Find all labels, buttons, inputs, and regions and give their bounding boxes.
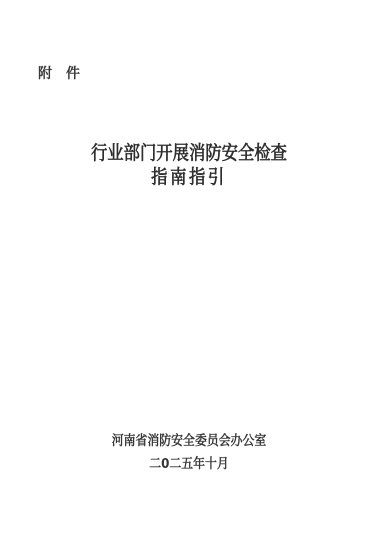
issuing-organization: 河南省消防安全委员会办公室 [23, 429, 356, 449]
publication-date: 二0二五年十月 [23, 452, 356, 472]
document-cover-page: 附 件 行业部门开展消防安全检查 指南指引 河南省消防安全委员会办公室 二0二五… [0, 0, 378, 539]
document-title-line-2: 指南指引 [26, 165, 351, 189]
document-title-line-1: 行业部门开展消防安全检查 [26, 141, 351, 165]
document-title: 行业部门开展消防安全检查 指南指引 [26, 141, 351, 189]
attachment-label: 附 件 [38, 63, 80, 83]
